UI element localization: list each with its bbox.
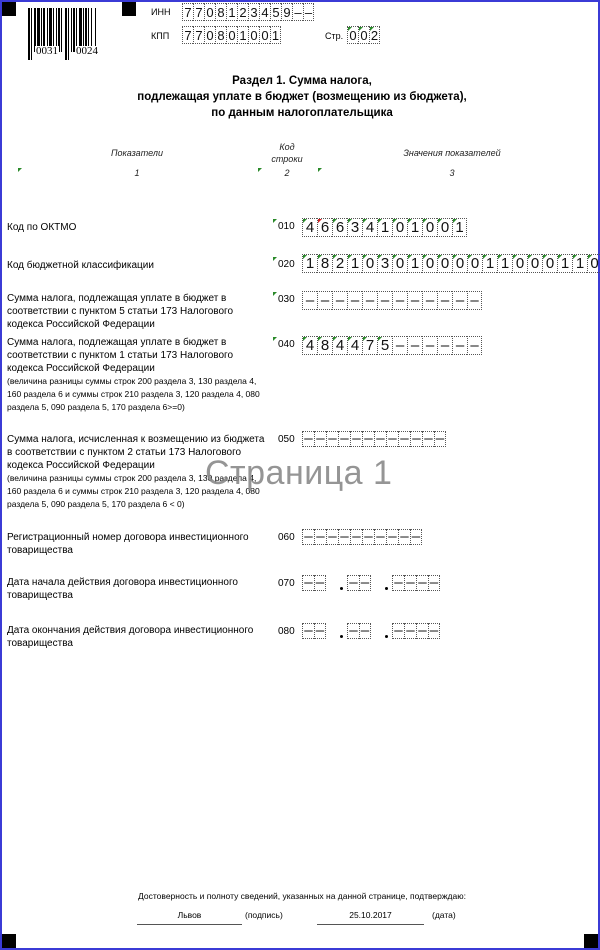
cell-char: – [388, 529, 396, 545]
cell-char: – [316, 431, 324, 447]
cell-char: – [328, 431, 336, 447]
char-cell[interactable]: 0 [437, 218, 452, 237]
char-cell[interactable]: – [416, 623, 428, 639]
cell-char: – [361, 623, 369, 639]
char-cell[interactable]: – [292, 3, 303, 21]
cell-char: – [424, 431, 432, 447]
char-cell[interactable]: – [428, 575, 440, 591]
cell-char: 4 [306, 219, 314, 236]
cell-char: – [306, 292, 314, 309]
char-cell[interactable]: 1 [226, 3, 237, 21]
cell-char: 0 [426, 255, 434, 272]
char-cell[interactable]: – [410, 431, 422, 447]
cell-char: 2 [239, 5, 246, 20]
char-cell[interactable]: 2 [237, 3, 248, 21]
filled-marker-icon [348, 337, 352, 341]
cell-char: 5 [272, 5, 279, 20]
cell-char: – [396, 337, 404, 354]
char-cell[interactable]: – [407, 336, 422, 355]
char-cell[interactable]: 1 [557, 254, 572, 273]
filled-marker-icon [588, 255, 592, 259]
filled-marker-icon [423, 219, 427, 223]
filled-marker-icon [408, 219, 412, 223]
cell-char: – [394, 623, 402, 639]
cell-char: – [470, 292, 478, 309]
char-cell[interactable]: – [416, 575, 428, 591]
column-header-code-line2: строки [267, 154, 307, 164]
cell-char: 7 [184, 28, 191, 43]
char-cell[interactable]: – [467, 291, 482, 310]
char-cell[interactable]: – [302, 575, 314, 591]
char-cell[interactable]: 4 [302, 336, 317, 355]
cell-char: – [305, 5, 312, 20]
filled-marker-icon [438, 219, 442, 223]
cell-char: 2 [336, 255, 344, 272]
date-day-field-080[interactable]: –– [302, 623, 326, 639]
char-cell[interactable]: 1 [497, 254, 512, 273]
cell-char: – [294, 5, 301, 20]
char-cell[interactable]: – [374, 529, 386, 545]
row-label-text: Дата окончания действия договора инвести… [7, 624, 272, 650]
char-cell[interactable]: – [434, 431, 446, 447]
cell-char: – [388, 431, 396, 447]
cell-char: – [340, 431, 348, 447]
cell-char: – [328, 529, 336, 545]
filled-marker-icon [423, 255, 427, 259]
cell-char: 1 [501, 255, 509, 272]
row-label-text: Код бюджетной классификации [7, 259, 272, 272]
cell-char: – [436, 431, 444, 447]
char-cell[interactable]: 0 [512, 254, 527, 273]
cell-char: – [376, 529, 384, 545]
row-label-010: Код по ОКТМО [7, 221, 272, 234]
page-number-field[interactable]: 002 [347, 26, 380, 44]
cell-char: 0 [531, 255, 539, 272]
char-cell[interactable]: – [392, 336, 407, 355]
section-title: Раздел 1. Сумма налога, подлежащая уплат… [2, 73, 600, 121]
char-cell[interactable]: – [314, 431, 326, 447]
char-cell[interactable]: 5 [377, 336, 392, 355]
value-field-020[interactable]: 18210301000011000110 [302, 254, 600, 273]
cell-char: – [316, 623, 324, 639]
cell-char: 1 [228, 5, 235, 20]
char-cell[interactable]: 1 [347, 254, 362, 273]
cell-char: – [304, 529, 312, 545]
cell-char: – [304, 623, 312, 639]
cell-char: – [441, 292, 449, 309]
cell-char: 0 [441, 255, 449, 272]
char-cell[interactable]: – [317, 291, 332, 310]
char-cell[interactable]: – [437, 336, 452, 355]
cell-char: 0 [250, 28, 257, 43]
cell-char: – [400, 431, 408, 447]
column-number-3: 3 [442, 168, 462, 178]
cell-char: – [304, 431, 312, 447]
char-cell[interactable]: 0 [422, 254, 437, 273]
cell-char: – [366, 292, 374, 309]
cell-char: – [304, 575, 312, 591]
cell-char: – [470, 337, 478, 354]
signature-value[interactable]: Львов [137, 910, 242, 920]
char-cell[interactable]: 1 [407, 254, 422, 273]
cell-char: 1 [272, 28, 279, 43]
char-cell[interactable]: 1 [407, 218, 422, 237]
column-marker-2 [258, 168, 262, 172]
date-year-field-080[interactable]: –––– [392, 623, 440, 639]
char-cell[interactable]: – [422, 291, 437, 310]
cell-char: – [340, 529, 348, 545]
corner-marker-bottom-left [2, 934, 16, 948]
cell-char: 7 [195, 28, 202, 43]
char-cell[interactable]: 0 [347, 26, 358, 44]
page-watermark: Страница 1 [205, 454, 392, 493]
date-separator [340, 587, 343, 590]
char-cell[interactable]: 0 [392, 218, 407, 237]
char-cell[interactable]: – [407, 291, 422, 310]
cell-char: 1 [381, 219, 389, 236]
char-cell[interactable]: – [377, 291, 392, 310]
char-cell[interactable]: – [302, 291, 317, 310]
cell-char: – [352, 431, 360, 447]
char-cell[interactable]: – [452, 336, 467, 355]
filled-marker-icon [303, 255, 307, 259]
char-cell[interactable]: – [350, 431, 362, 447]
column-marker-3 [318, 168, 322, 172]
date-separator [385, 587, 388, 590]
char-cell[interactable]: 7 [182, 3, 193, 21]
char-cell[interactable]: 0 [527, 254, 542, 273]
char-cell[interactable]: – [437, 291, 452, 310]
row-label-080: Дата окончания действия договора инвести… [7, 624, 272, 650]
char-cell[interactable]: 8 [317, 336, 332, 355]
column-marker-1 [18, 168, 22, 172]
cell-char: – [456, 292, 464, 309]
cell-char: 1 [239, 28, 246, 43]
char-cell[interactable]: – [398, 431, 410, 447]
char-cell[interactable]: 5 [270, 3, 281, 21]
signature-caption: (подпись) [245, 910, 283, 920]
row-marker-icon [273, 292, 277, 296]
value-field-050[interactable]: –––––––––––– [302, 431, 446, 447]
cell-char: 0 [456, 255, 464, 272]
filled-marker-icon [393, 219, 397, 223]
row-label-020: Код бюджетной классификации [7, 259, 272, 272]
footer-statement: Достоверность и полноту сведений, указан… [2, 891, 600, 901]
char-cell[interactable]: 2 [332, 254, 347, 273]
cell-char: 1 [411, 255, 419, 272]
char-cell[interactable]: 1 [482, 254, 497, 273]
row-code-010: 010 [278, 221, 295, 232]
cell-char: – [430, 623, 438, 639]
column-number-2: 2 [277, 168, 297, 178]
char-cell[interactable]: – [392, 291, 407, 310]
char-cell[interactable]: – [347, 575, 359, 591]
cell-char: – [411, 337, 419, 354]
cell-char: 0 [366, 255, 374, 272]
cell-char: 0 [516, 255, 524, 272]
char-cell[interactable]: 3 [347, 218, 362, 237]
cell-char: – [394, 575, 402, 591]
barcode-right-number: 0024 [75, 46, 99, 57]
char-cell[interactable]: 0 [259, 26, 270, 44]
row-label-text: Дата начала действия договора инвестицио… [7, 576, 272, 602]
char-cell[interactable]: 1 [237, 26, 248, 44]
cell-char: 0 [206, 5, 213, 20]
filled-marker-icon [363, 255, 367, 259]
row-marker-icon [273, 257, 277, 261]
char-cell[interactable]: – [410, 529, 422, 545]
cell-char: – [349, 575, 357, 591]
cell-char: 1 [411, 219, 419, 236]
row-code-050: 050 [278, 434, 295, 445]
filled-marker-icon [543, 255, 547, 259]
char-cell[interactable]: 0 [248, 26, 259, 44]
char-cell[interactable]: 3 [248, 3, 259, 21]
char-cell[interactable]: 4 [302, 218, 317, 237]
cell-char: 8 [321, 255, 329, 272]
char-cell[interactable]: – [326, 529, 338, 545]
cell-char: – [316, 529, 324, 545]
row-marker-icon [273, 337, 277, 341]
cell-char: – [316, 575, 324, 591]
filled-marker-icon [303, 219, 307, 223]
char-cell[interactable]: 1 [572, 254, 587, 273]
char-cell[interactable]: – [452, 291, 467, 310]
kpp-label: КПП [151, 31, 169, 41]
char-cell[interactable]: – [362, 291, 377, 310]
char-cell[interactable]: 0 [422, 218, 437, 237]
char-cell[interactable]: 4 [332, 336, 347, 355]
char-cell[interactable]: – [332, 291, 347, 310]
filled-marker-icon [378, 255, 382, 259]
filled-marker-icon [318, 337, 322, 341]
cell-char: – [406, 575, 414, 591]
row-code-020: 020 [278, 259, 295, 270]
cell-char: 4 [351, 337, 359, 354]
row-code-030: 030 [278, 294, 295, 305]
date-year-field-070[interactable]: –––– [392, 575, 440, 591]
cell-char: 0 [426, 219, 434, 236]
date-caption: (дата) [432, 910, 456, 920]
char-cell[interactable]: 7 [193, 26, 204, 44]
column-header-code-line1: Код [267, 142, 307, 152]
row-label-030: Сумма налога, подлежащая уплате в бюджет… [7, 292, 272, 331]
char-cell[interactable]: – [404, 623, 416, 639]
char-cell[interactable]: 0 [392, 254, 407, 273]
char-cell[interactable]: – [338, 529, 350, 545]
char-cell[interactable]: 0 [358, 26, 369, 44]
char-cell[interactable]: – [302, 529, 314, 545]
cell-char: 8 [217, 28, 224, 43]
filled-marker-icon [359, 27, 363, 31]
row-code-070: 070 [278, 578, 295, 589]
char-cell[interactable]: – [467, 336, 482, 355]
cell-char: – [361, 575, 369, 591]
cell-char: – [396, 292, 404, 309]
cell-char: – [381, 292, 389, 309]
char-cell[interactable]: 7 [362, 336, 377, 355]
char-cell[interactable]: – [314, 623, 326, 639]
cell-char: 9 [283, 5, 290, 20]
char-cell[interactable]: – [314, 529, 326, 545]
cell-char: 1 [306, 255, 314, 272]
value-field-040[interactable]: 484475–––––– [302, 336, 482, 355]
char-cell[interactable]: 8 [317, 254, 332, 273]
char-cell[interactable]: 1 [377, 218, 392, 237]
filled-marker-icon [333, 337, 337, 341]
char-cell[interactable]: 1 [270, 26, 281, 44]
cell-char: – [418, 575, 426, 591]
kpp-field[interactable]: 770801001 [182, 26, 281, 44]
char-cell[interactable]: – [314, 575, 326, 591]
column-number-1: 1 [127, 168, 147, 178]
cell-char: 0 [396, 219, 404, 236]
cell-char: 8 [321, 337, 329, 354]
inn-field[interactable]: 7708123459–– [182, 3, 314, 21]
filled-marker-icon [528, 255, 532, 259]
row-label-060: Регистрационный номер договора инвестици… [7, 531, 272, 557]
cell-char: 4 [306, 337, 314, 354]
column-header-values: Значения показателей [382, 148, 522, 158]
filled-marker-icon [558, 255, 562, 259]
char-cell[interactable]: – [326, 431, 338, 447]
filled-marker-icon [513, 255, 517, 259]
row-label-text: Код по ОКТМО [7, 221, 272, 234]
cell-char: – [349, 623, 357, 639]
row-label-070: Дата начала действия договора инвестицио… [7, 576, 272, 602]
filled-marker-icon [363, 219, 367, 223]
char-cell[interactable]: – [303, 3, 314, 21]
value-field-060[interactable]: –––––––––– [302, 529, 422, 545]
char-cell[interactable]: 2 [369, 26, 380, 44]
char-cell[interactable]: – [422, 336, 437, 355]
value-field-030[interactable]: –––––––––––– [302, 291, 482, 310]
row-note: (величина разницы суммы строк 200 раздел… [7, 375, 272, 414]
char-cell[interactable]: 0 [437, 254, 452, 273]
char-cell[interactable]: 3 [377, 254, 392, 273]
cell-char: – [321, 292, 329, 309]
char-cell[interactable]: 1 [302, 254, 317, 273]
cell-char: 6 [336, 219, 344, 236]
char-cell[interactable]: – [398, 529, 410, 545]
cell-char: – [406, 623, 414, 639]
char-cell[interactable]: – [392, 575, 404, 591]
char-cell[interactable]: – [359, 623, 371, 639]
char-cell[interactable]: – [386, 529, 398, 545]
char-cell[interactable]: – [302, 623, 314, 639]
filled-marker-icon [453, 219, 457, 223]
cell-char: – [336, 292, 344, 309]
value-field-010[interactable]: 46634101001 [302, 218, 467, 237]
cell-char: 0 [228, 28, 235, 43]
cell-char: – [411, 292, 419, 309]
char-cell[interactable]: 7 [182, 26, 193, 44]
char-cell[interactable]: 7 [193, 3, 204, 21]
filled-marker-icon [573, 255, 577, 259]
cell-char: – [441, 337, 449, 354]
char-cell[interactable]: 6 [317, 218, 332, 237]
column-header-indicators: Показатели [87, 148, 187, 158]
char-cell[interactable]: 9 [281, 3, 292, 21]
filled-marker-icon [378, 337, 382, 341]
date-separator [385, 635, 388, 638]
cell-char: 1 [576, 255, 584, 272]
corner-marker-top-mid [122, 2, 136, 16]
char-cell[interactable]: – [347, 291, 362, 310]
cell-char: 0 [261, 28, 268, 43]
char-cell[interactable]: – [350, 529, 362, 545]
char-cell[interactable]: 0 [204, 3, 215, 21]
signature-line [137, 924, 242, 925]
char-cell[interactable]: – [338, 431, 350, 447]
cell-char: – [352, 529, 360, 545]
date-value[interactable]: 25.10.2017 [317, 910, 424, 920]
filled-marker-icon [348, 219, 352, 223]
cell-char: 1 [351, 255, 359, 272]
cell-char: 0 [471, 255, 479, 272]
char-cell[interactable]: – [359, 575, 371, 591]
date-month-field-070[interactable]: –– [347, 575, 371, 591]
char-cell[interactable]: 4 [347, 336, 362, 355]
cell-char: – [400, 529, 408, 545]
char-cell[interactable]: 8 [215, 26, 226, 44]
filled-marker-icon [483, 255, 487, 259]
char-cell[interactable]: 4 [362, 218, 377, 237]
filled-marker-icon [348, 27, 352, 31]
row-label-text: Сумма налога, подлежащая уплате в бюджет… [7, 336, 272, 375]
char-cell[interactable]: 0 [542, 254, 557, 273]
char-cell[interactable]: 4 [259, 3, 270, 21]
char-cell[interactable]: – [386, 431, 398, 447]
cell-char: 4 [336, 337, 344, 354]
char-cell[interactable]: 0 [362, 254, 377, 273]
filled-marker-icon [370, 27, 374, 31]
char-cell[interactable]: – [404, 575, 416, 591]
date-day-field-070[interactable]: –– [302, 575, 326, 591]
cell-char: 7 [184, 5, 191, 20]
cell-char: – [418, 623, 426, 639]
filled-marker-icon [378, 219, 382, 223]
char-cell[interactable]: 0 [226, 26, 237, 44]
char-cell[interactable]: – [362, 431, 374, 447]
cell-char: – [426, 292, 434, 309]
char-cell[interactable]: – [392, 623, 404, 639]
char-cell[interactable]: 0 [467, 254, 482, 273]
cell-char: 6 [321, 219, 329, 236]
cell-char: 3 [250, 5, 257, 20]
char-cell[interactable]: – [362, 529, 374, 545]
cell-char: 7 [366, 337, 374, 354]
cell-char: – [412, 431, 420, 447]
char-cell[interactable]: 0 [204, 26, 215, 44]
char-cell[interactable]: – [347, 623, 359, 639]
char-cell[interactable]: – [428, 623, 440, 639]
cell-char: – [456, 337, 464, 354]
char-cell[interactable]: – [302, 431, 314, 447]
char-cell[interactable]: 8 [215, 3, 226, 21]
char-cell[interactable]: 0 [452, 254, 467, 273]
char-cell[interactable]: 6 [332, 218, 347, 237]
date-month-field-080[interactable]: –– [347, 623, 371, 639]
char-cell[interactable]: 1 [452, 218, 467, 237]
char-cell[interactable]: 0 [587, 254, 600, 273]
filled-marker-icon [393, 255, 397, 259]
row-code-040: 040 [278, 339, 295, 350]
barcode-left-number: 0031 [35, 46, 59, 57]
char-cell[interactable]: – [374, 431, 386, 447]
char-cell[interactable]: – [422, 431, 434, 447]
filled-marker-icon [318, 255, 322, 259]
